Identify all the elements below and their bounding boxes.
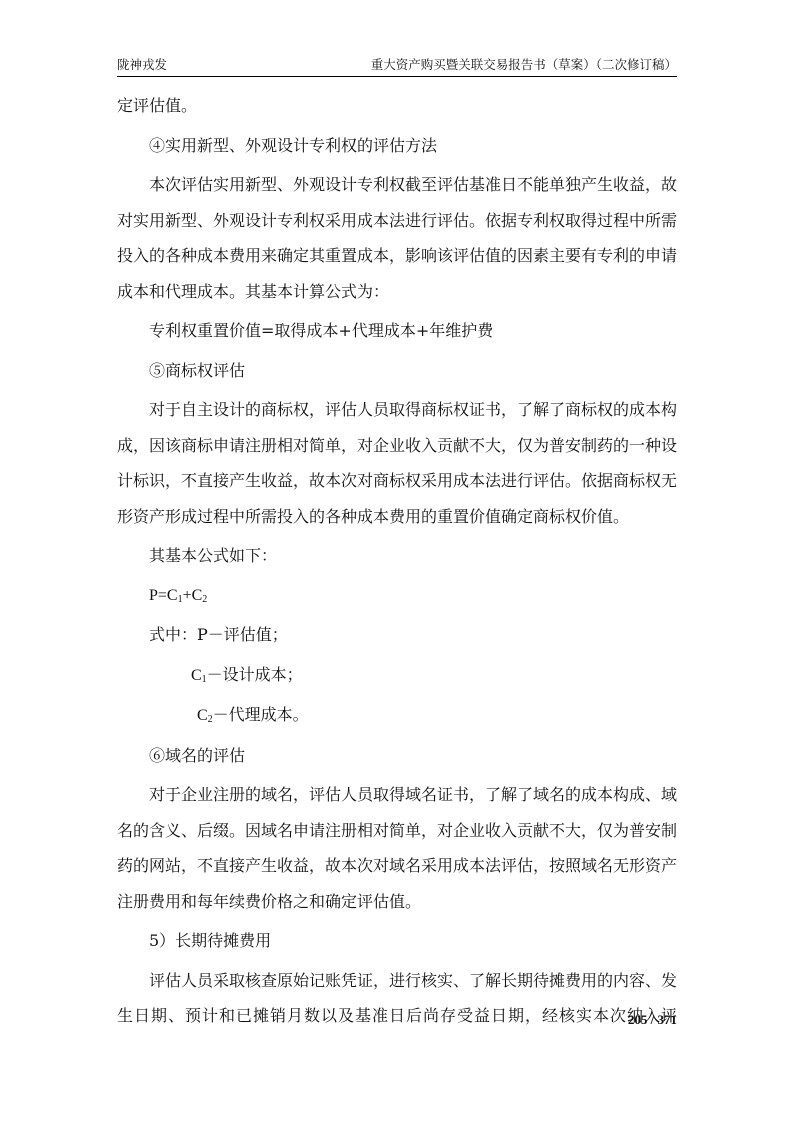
formula-where-p: 式中：P－评估值； xyxy=(117,617,677,653)
paragraph-patent-valuation: 本次评估实用新型、外观设计专利权截至评估基准日不能单独产生收益，故对实用新型、外… xyxy=(117,167,677,309)
paragraph-trademark-valuation: 对于自主设计的商标权，评估人员取得商标权证书，了解了商标权的成本构成，因该商标申… xyxy=(117,392,677,534)
page-content: 定评估值。 ④实用新型、外观设计专利权的评估方法 本次评估实用新型、外观设计专利… xyxy=(117,88,677,1034)
paragraph-domain-valuation: 对于企业注册的域名，评估人员取得域名证书，了解了域名的成本构成、域名的含义、后缀… xyxy=(117,777,677,919)
paragraph-continuation: 定评估值。 xyxy=(117,88,677,124)
formula-where-c1: C1－设计成本； xyxy=(117,657,677,694)
section-heading-long-term-deferred-expenses: 5）长期待摊费用 xyxy=(117,923,677,959)
section-heading-utility-design-patent: ④实用新型、外观设计专利权的评估方法 xyxy=(117,128,677,164)
page-number: 205 / 371 xyxy=(117,1012,677,1028)
paragraph-formula-intro: 其基本公式如下： xyxy=(117,538,677,574)
page-header: 陇神戎发 重大资产购买暨关联交易报告书（草案）（二次修订稿） xyxy=(117,56,677,77)
formula-trademark-value: P=C1+C2 xyxy=(117,578,677,614)
section-heading-trademark: ⑤商标权评估 xyxy=(117,353,677,389)
section-heading-domain: ⑥域名的评估 xyxy=(117,738,677,774)
header-company: 陇神戎发 xyxy=(117,56,167,74)
header-document-title: 重大资产购买暨关联交易报告书（草案）（二次修订稿） xyxy=(371,56,677,74)
formula-where-c2: C2－代理成本。 xyxy=(117,697,677,734)
formula-patent-replacement-value: 专利权重置价值=取得成本+代理成本+年维护费 xyxy=(117,313,677,349)
